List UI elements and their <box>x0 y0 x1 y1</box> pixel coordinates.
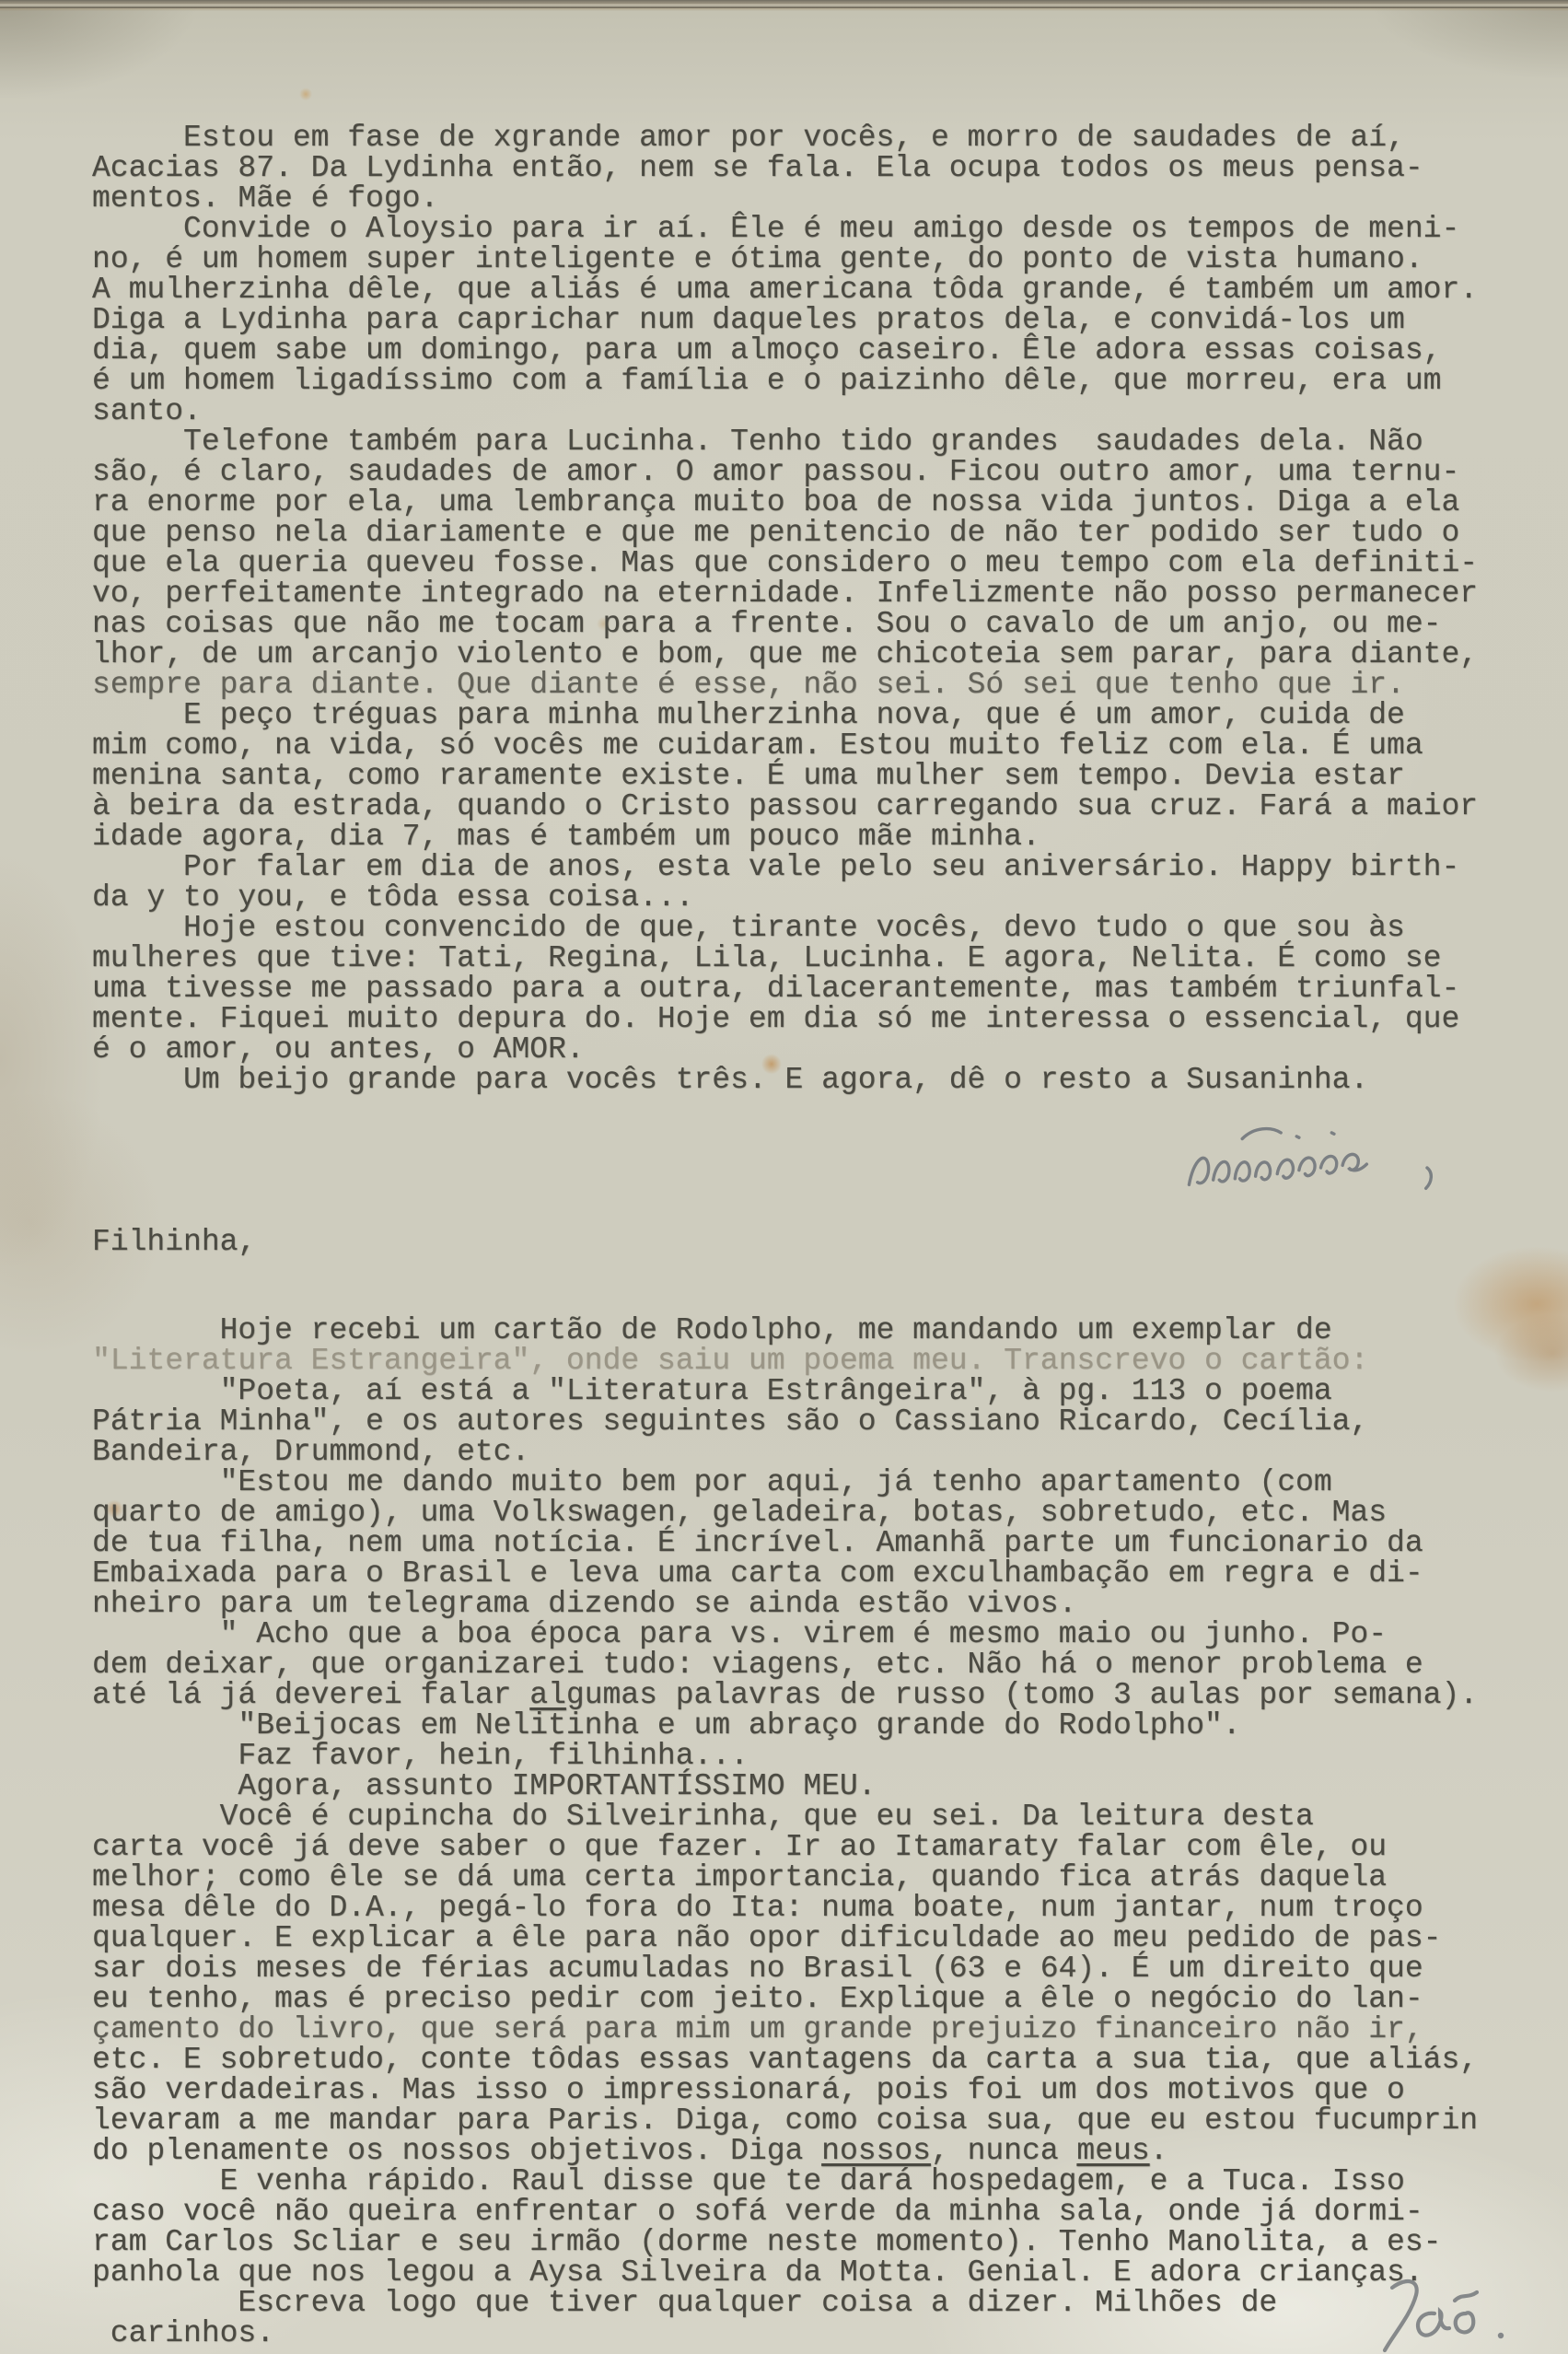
letter-body-part2: Hoje recebi um cartão de Rodolpho, me ma… <box>92 1315 1478 2288</box>
letter-line: mim como, na vida, só vocês me cuidaram.… <box>92 730 1478 761</box>
letter-line: melhor; como êle se dá uma certa importa… <box>92 1862 1478 1893</box>
letter-line: da y to you, e tôda essa coisa... <box>92 882 1478 913</box>
letter-line: Agora, assunto IMPORTANTÍSSIMO MEU. <box>92 1771 1478 1801</box>
letter-line: é um homem ligadíssimo com a família e o… <box>92 366 1478 396</box>
letter-line: mente. Fiquei muito depura do. Hoje em d… <box>92 1004 1478 1034</box>
letter-line: carta você já deve saber o que fazer. Ir… <box>92 1832 1478 1862</box>
letter-line: dem deixar, que organizarei tudo: viagen… <box>92 1649 1478 1680</box>
letter-line: até lá já deverei falar algumas palavras… <box>92 1680 1478 1710</box>
letter-line: nheiro para um telegrama dizendo se aind… <box>92 1589 1478 1619</box>
letter-line: A mulherzinha dêle, que aliás é uma amer… <box>92 274 1478 305</box>
letter-line: é o amor, ou antes, o AMOR. <box>92 1034 1478 1065</box>
letter-line: Diga a Lydinha para caprichar num daquel… <box>92 305 1478 335</box>
letter-line: sar dois meses de férias acumuladas no B… <box>92 1953 1478 1984</box>
letter-line: Acacias 87. Da Lydinha então, nem se fal… <box>92 153 1478 183</box>
letter-line: no, é um homem super inteligente e ótima… <box>92 244 1478 274</box>
letter-line: Telefone também para Lucinha. Tenho tido… <box>92 426 1478 457</box>
salutation-filhinha: Filhinha, <box>92 1227 256 1257</box>
letter-line: de tua filha, nem uma notícia. É incríve… <box>92 1528 1478 1558</box>
letter-line: Faz favor, hein, filhinha... <box>92 1741 1478 1771</box>
letter-line: "Beijocas em Nelitinha e um abraço grand… <box>92 1710 1478 1741</box>
letter-line-closing: carinhos. <box>92 2318 274 2348</box>
letter-line: santo. <box>92 396 1478 426</box>
letter-line-overlap: Escreva logo que tiver qualquer coisa a … <box>92 2288 1277 2318</box>
letter-line: uma tivesse me passado para a outra, dil… <box>92 973 1478 1004</box>
letter-line: Estou em fase de xgrande amor por vocês,… <box>92 122 1478 153</box>
letter-line: vo, perfeitamente integrado na eternidad… <box>92 578 1478 609</box>
letter-line: Hoje estou convencido de que, tirante vo… <box>92 913 1478 943</box>
letter-line: nas coisas que não me tocam para a frent… <box>92 609 1478 639</box>
letter-line: que ela queria queveu fosse. Mas que con… <box>92 548 1478 578</box>
letter-line: mesa dêle do D.A., pegá-lo fora do Ita: … <box>92 1893 1478 1923</box>
letter-line: eu tenho, mas é preciso pedir com jeito.… <box>92 1984 1478 2014</box>
letter-line: quarto de amigo), uma Volkswagen, gelade… <box>92 1497 1478 1528</box>
letter-line: "Literatura Estrangeira", onde saiu um p… <box>92 1346 1478 1376</box>
letter-line: lhor, de um arcanjo violento e bom, que … <box>92 639 1478 670</box>
letter-line: E venha rápido. Raul disse que te dará h… <box>92 2166 1478 2197</box>
letter-line: ra enorme por ela, uma lembrança muito b… <box>92 487 1478 518</box>
letter-line: Bandeira, Drummond, etc. <box>92 1437 1478 1467</box>
letter-line: mentos. Mãe é fogo. <box>92 183 1478 214</box>
letter-line: Por falar em dia de anos, esta vale pelo… <box>92 852 1478 882</box>
letter-line: "Estou me dando muito bem por aqui, já t… <box>92 1467 1478 1497</box>
letter-line: " Acho que a boa época para vs. virem é … <box>92 1619 1478 1649</box>
scan-top-edge <box>0 0 1568 8</box>
letter-line: qualquer. E explicar a êle para não opor… <box>92 1923 1478 1953</box>
letter-line: levaram a me mandar para Paris. Diga, co… <box>92 2105 1478 2136</box>
letter-line: idade agora, dia 7, mas é também um pouc… <box>92 822 1478 852</box>
letter-line: Pátria Minha", e os autores seguintes sã… <box>92 1406 1478 1437</box>
letter-line: sempre para diante. Que diante é esse, n… <box>92 670 1478 700</box>
letter-line: Você é cupincha do Silveirinha, que eu s… <box>92 1801 1478 1832</box>
letter-line: panhola que nos legou a Aysa Silveira da… <box>92 2257 1478 2288</box>
letter-line: Hoje recebi um cartão de Rodolpho, me ma… <box>92 1315 1478 1346</box>
letter-line: mulheres que tive: Tati, Regina, Lila, L… <box>92 943 1478 973</box>
letter-line: à beira da estrada, quando o Cristo pass… <box>92 791 1478 822</box>
letter-line: que penso nela diariamente e que me peni… <box>92 518 1478 548</box>
letter-line: do plenamente os nossos objetivos. Diga … <box>92 2136 1478 2166</box>
letter-line: çamento do livro, que será para mim um g… <box>92 2014 1478 2045</box>
letter-line: Embaixada para o Brasil e leva uma carta… <box>92 1558 1478 1589</box>
letter-line: "Poeta, aí está a "Literatura Estrângeir… <box>92 1376 1478 1406</box>
letter-line: E peço tréguas para minha mulherzinha no… <box>92 700 1478 730</box>
letter-line: ram Carlos Scliar e seu irmão (dorme nes… <box>92 2227 1478 2257</box>
letter-line: Um beijo grande para vocês três. E agora… <box>92 1065 1478 1095</box>
letter-line: etc. E sobretudo, conte tôdas essas vant… <box>92 2045 1478 2075</box>
signature-jao <box>1361 2275 1522 2354</box>
letter-line: menina santa, como raramente existe. É u… <box>92 761 1478 791</box>
letter-line: são, é claro, saudades de amor. O amor p… <box>92 457 1478 487</box>
letter-line: caso você não queira enfrentar o sofá ve… <box>92 2197 1478 2227</box>
letter-line: são verdadeiras. Mas isso o impressionar… <box>92 2075 1478 2105</box>
signature-vinicius <box>1179 1110 1482 1206</box>
letter-page: Estou em fase de xgrande amor por vocês,… <box>0 0 1568 2354</box>
letter-line: Convide o Aloysio para ir aí. Êle é meu … <box>92 214 1478 244</box>
letter-body-part1: Estou em fase de xgrande amor por vocês,… <box>92 122 1478 1095</box>
letter-line: dia, quem sabe um domingo, para um almoç… <box>92 335 1478 366</box>
